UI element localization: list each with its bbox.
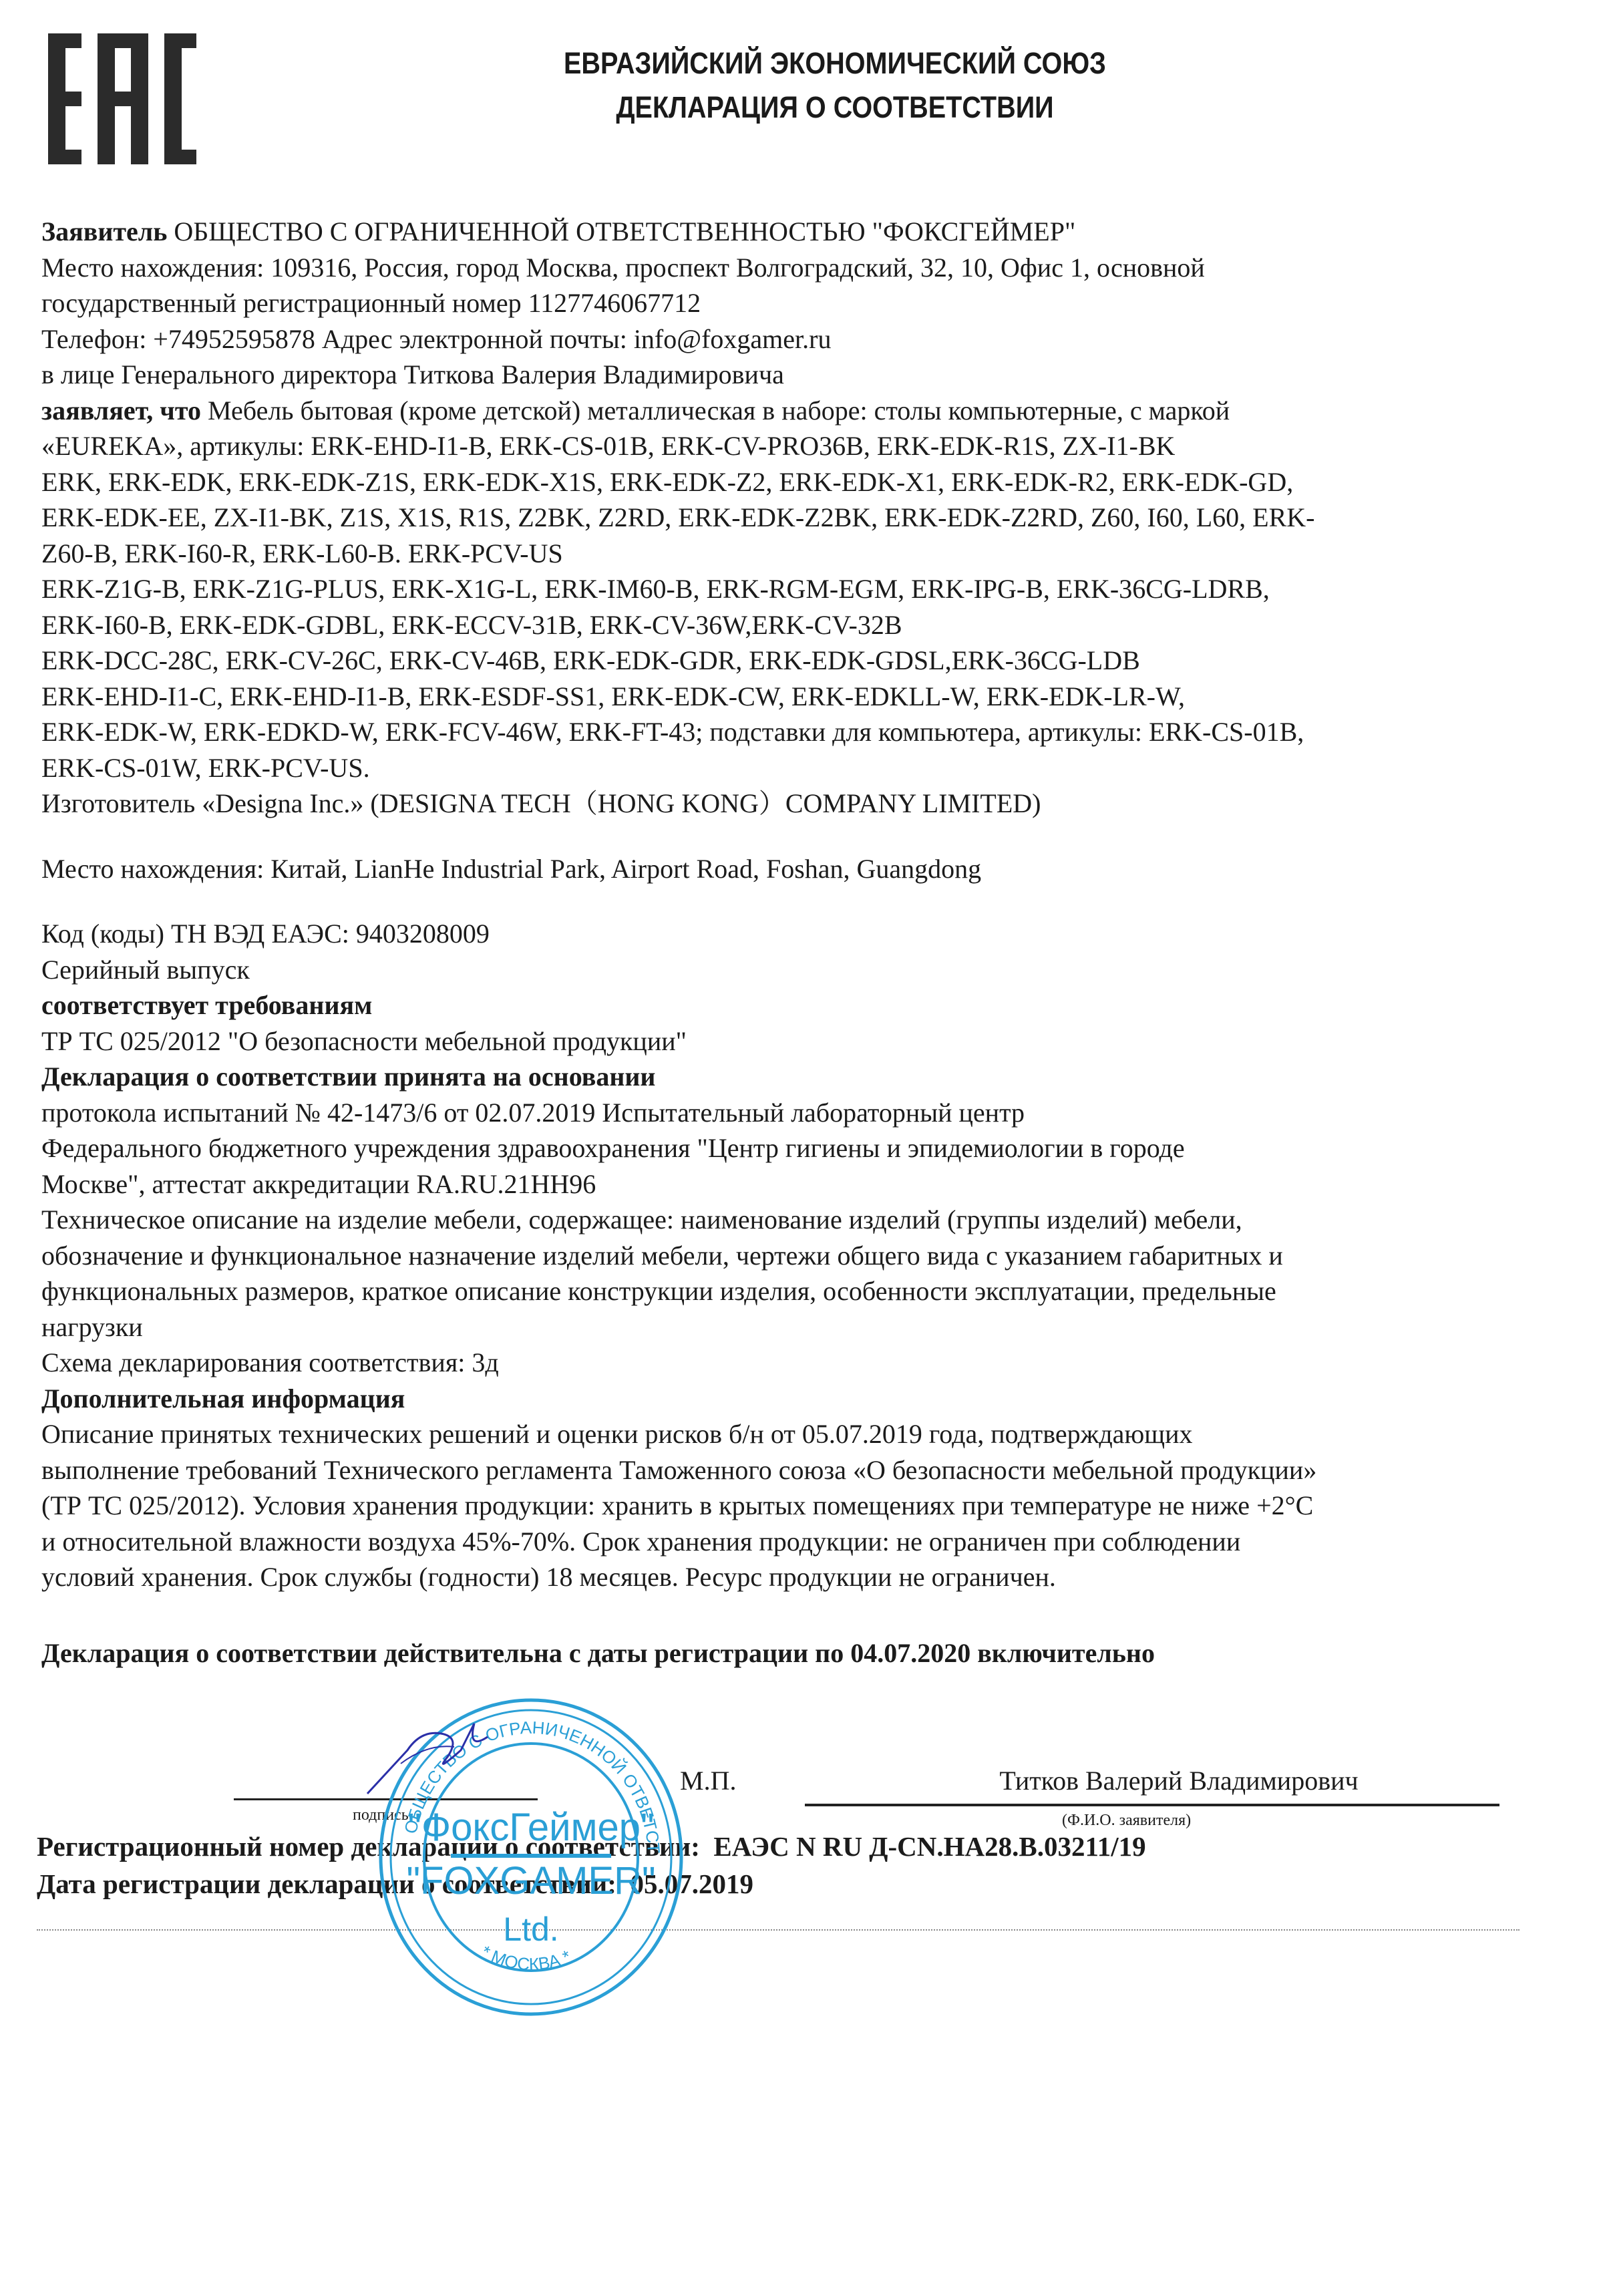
union-title: ЕВРАЗИЙСКИЙ ЭКОНОМИЧЕСКИЙ СОЮЗ	[453, 41, 1217, 86]
declares-line: ERK-CS-01W, ERK-PCV-US.	[41, 750, 1578, 786]
signer-name-caption: (Ф.И.О. заявителя)	[1062, 1812, 1191, 1830]
signer-name-line	[805, 1804, 1499, 1806]
declares-label: заявляет, что	[41, 395, 201, 426]
basis-line: функциональных размеров, краткое описани…	[41, 1273, 1578, 1309]
declares-line: ERK-I60-B, ERK-EDK-GDBL, ERK-ECCV-31B, E…	[41, 607, 1578, 643]
registration-number-label: Регистрационный номер декларации о соотв…	[37, 1831, 700, 1862]
applicant-address-1: Место нахождения: 109316, Россия, город …	[41, 250, 1578, 286]
registration-number-value: ЕАЭС N RU Д-CN.НА28.В.03211/19	[713, 1831, 1145, 1862]
registration-number-line: Регистрационный номер декларации о соотв…	[37, 1828, 1146, 1865]
additional-line: (ТР ТС 025/2012). Условия хранения проду…	[41, 1488, 1578, 1524]
validity-statement: Декларация о соответствии действительна …	[41, 1635, 1578, 1671]
document-header: ЕВРАЗИЙСКИЙ ЭКОНОМИЧЕСКИЙ СОЮЗ ДЕКЛАРАЦИ…	[401, 41, 1269, 130]
additional-line: Описание принятых технических решений и …	[41, 1416, 1578, 1452]
applicant-representative: в лице Генерального директора Титкова Ва…	[41, 357, 1578, 393]
eac-logo	[48, 33, 196, 164]
additional-line: выполнение требований Технического регла…	[41, 1452, 1578, 1488]
basis-line: Федерального бюджетного учреждения здрав…	[41, 1130, 1578, 1166]
manufacturer-address: Место нахождения: Китай, LianHe Industri…	[41, 851, 1578, 887]
compliance-regulation: ТР ТС 025/2012 "О безопасности мебельной…	[41, 1023, 1578, 1059]
svg-text:* МОСКВА *: * МОСКВА *	[478, 1941, 574, 1974]
document-title: ДЕКЛАРАЦИЯ О СООТВЕТСТВИИ	[453, 86, 1217, 130]
signature-label: подпись	[353, 1806, 409, 1824]
declares-line: ERK-EDK-EE, ZX-I1-BK, Z1S, X1S, R1S, Z2B…	[41, 500, 1578, 536]
declares-line-0: заявляет, что Мебель бытовая (кроме детс…	[41, 393, 1578, 429]
applicant-address-2: государственный регистрационный номер 11…	[41, 285, 1578, 321]
basis-line: обозначение и функциональное назначение …	[41, 1238, 1578, 1274]
applicant-contacts: Телефон: +74952595878 Адрес электронной …	[41, 321, 1578, 357]
additional-line: условий хранения. Срок службы (годности)…	[41, 1559, 1578, 1595]
basis-label: Декларация о соответствии принята на осн…	[41, 1059, 1578, 1095]
applicant-label: Заявитель	[41, 216, 167, 247]
manufacturer-line: Изготовитель «Designa Inc.» (DESIGNA TEC…	[41, 786, 1578, 822]
compliance-label: соответствует требованиям	[41, 987, 1578, 1023]
basis-line: нагрузки	[41, 1309, 1578, 1345]
hs-code: Код (коды) ТН ВЭД ЕАЭС: 9403208009	[41, 916, 1578, 952]
signer-name: Титков Валерий Владимирович	[808, 1765, 1523, 1796]
basis-line: протокола испытаний № 42-1473/6 от 02.07…	[41, 1095, 1578, 1131]
eac-mark-icon	[48, 33, 196, 164]
declares-line: «EUREKA», артикулы: ERK-EHD-I1-B, ERK-CS…	[41, 428, 1578, 464]
applicant-name: ОБЩЕСТВО С ОГРАНИЧЕННОЙ ОТВЕТСТВЕННОСТЬЮ…	[167, 216, 1075, 247]
registration-date-line: Дата регистрации декларации о соответств…	[37, 1865, 1146, 1903]
basis-line: Техническое описание на изделие мебели, …	[41, 1202, 1578, 1238]
registration-date-label: Дата регистрации декларации о соответств…	[37, 1868, 616, 1899]
declares-line: ERK-DCC-28C, ERK-CV-26C, ERK-CV-46B, ERK…	[41, 643, 1578, 679]
signature-line	[234, 1798, 538, 1800]
applicant-line: Заявитель ОБЩЕСТВО С ОГРАНИЧЕННОЙ ОТВЕТС…	[41, 214, 1578, 250]
registration-block: Регистрационный номер декларации о соотв…	[37, 1828, 1146, 1903]
additional-line: и относительной влажности воздуха 45%-70…	[41, 1524, 1578, 1560]
declares-line: ERK-EDK-W, ERK-EDKD-W, ERK-FCV-46W, ERK-…	[41, 714, 1578, 750]
declares-line: ERK, ERK-EDK, ERK-EDK-Z1S, ERK-EDK-X1S, …	[41, 464, 1578, 500]
document-body: Заявитель ОБЩЕСТВО С ОГРАНИЧЕННОЙ ОТВЕТС…	[41, 214, 1578, 1671]
declaration-scheme: Схема декларирования соответствия: 3д	[41, 1345, 1578, 1381]
basis-line: Москве", аттестат аккредитации RA.RU.21H…	[41, 1166, 1578, 1202]
seal-place-label: М.П.	[680, 1765, 736, 1796]
declares-line: ERK-EHD-I1-C, ERK-EHD-I1-B, ERK-ESDF-SS1…	[41, 679, 1578, 715]
registration-date-value: 05.07.2019	[630, 1868, 753, 1899]
additional-label: Дополнительная информация	[41, 1381, 1578, 1417]
production-type: Серийный выпуск	[41, 952, 1578, 988]
declares-line: ERK-Z1G-B, ERK-Z1G-PLUS, ERK-X1G-L, ERK-…	[41, 571, 1578, 607]
divider	[37, 1929, 1519, 1931]
declares-line: Z60-B, ERK-I60-R, ERK-L60-B. ERK-PCV-US	[41, 536, 1578, 572]
